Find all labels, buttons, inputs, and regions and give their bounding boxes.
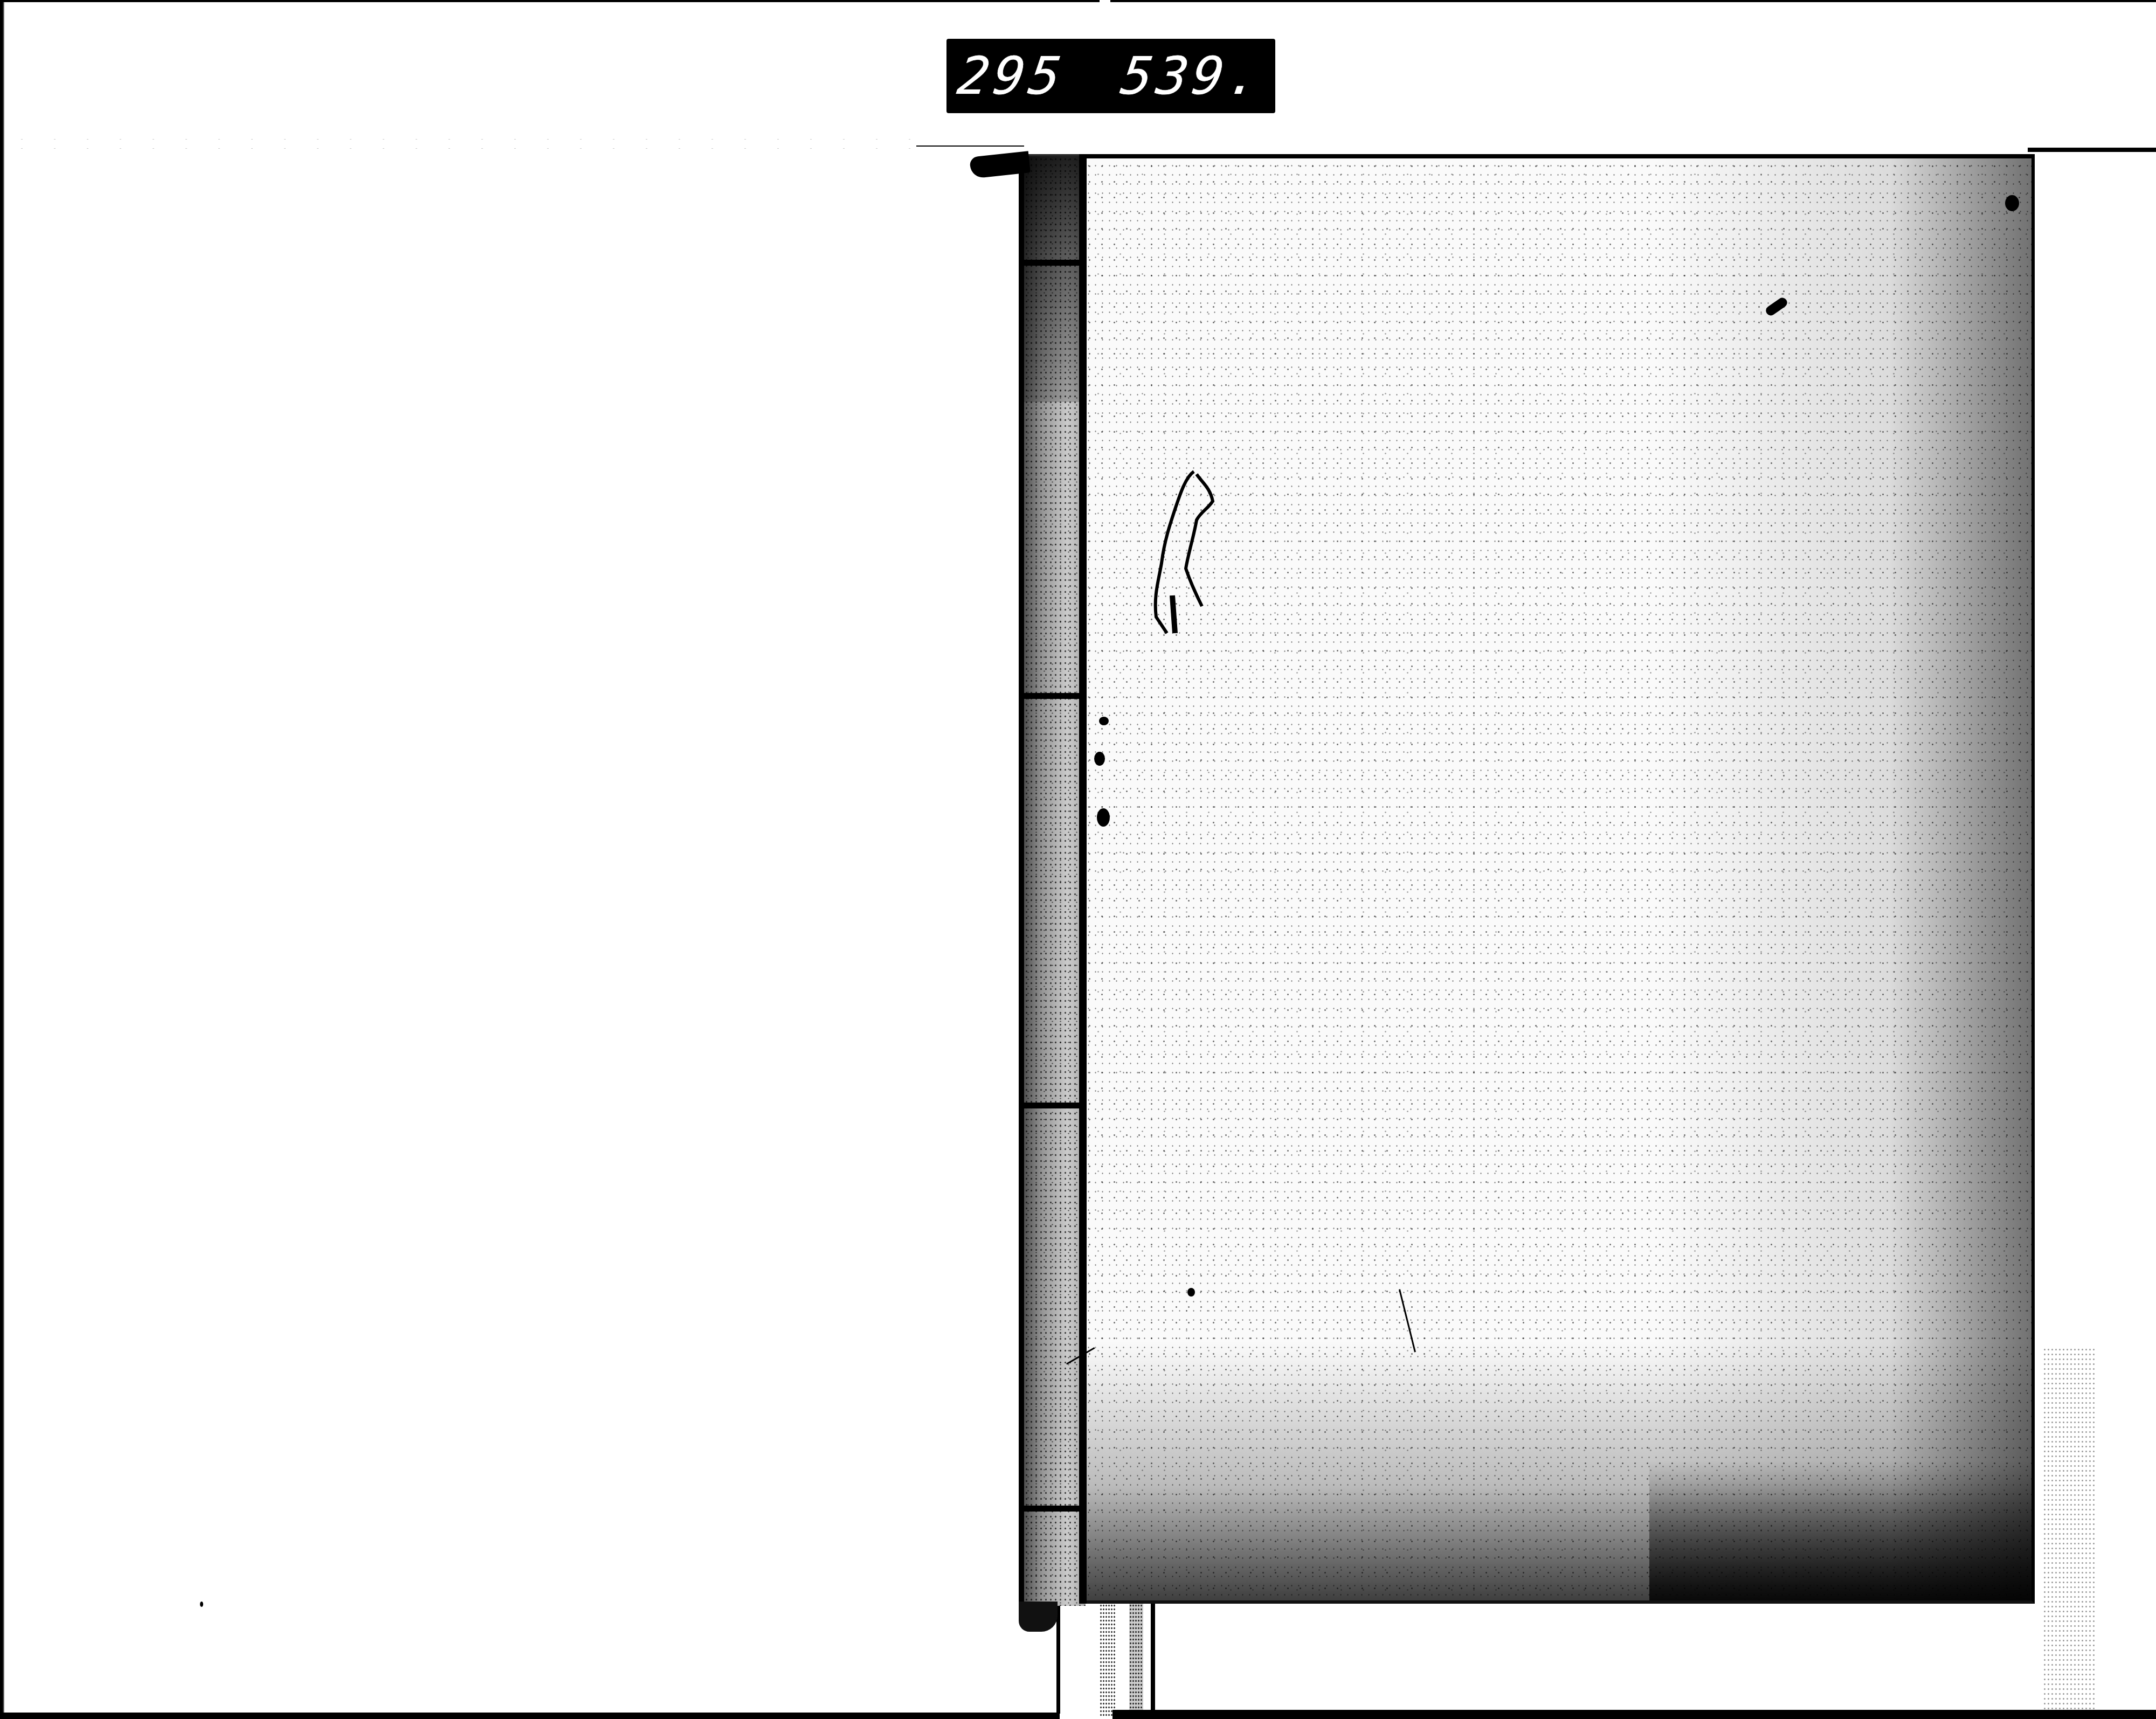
film-frame-border-top-left — [0, 0, 1100, 2]
scan-speckles — [5, 135, 922, 156]
frame-counter-left-number: 295 — [955, 50, 1068, 102]
spine-wear — [1019, 154, 1086, 402]
ink-spot — [200, 1602, 203, 1607]
ink-spot — [1094, 752, 1105, 766]
ink-spot — [2005, 195, 2019, 211]
frame-counter: 295 539. — [946, 39, 1275, 113]
film-frame-border-top-right — [1110, 0, 2156, 2]
film-frame-border-bottom-right — [1112, 1710, 2156, 1719]
page-edge-strip — [1129, 1604, 1143, 1717]
binding-tie — [1023, 260, 1083, 266]
microfilm-scan: 295 539. — [0, 0, 2156, 1719]
binding-tie — [1023, 693, 1083, 699]
film-frame-border-bottom-left — [0, 1713, 1060, 1719]
scan-speckles — [2043, 1347, 2097, 1714]
frame-divider-post — [1056, 1606, 1060, 1714]
frame-counter-right-number: 539. — [1118, 50, 1267, 102]
book — [1013, 154, 2032, 1609]
wormhole-damage-icon — [1143, 461, 1218, 639]
binding-stitch-line — [1079, 154, 1087, 1604]
ink-spot — [1097, 808, 1110, 827]
binding-tie — [1023, 1506, 1083, 1512]
cover-shadow — [1649, 1460, 2035, 1600]
frame-counter-right: 539. — [1122, 50, 1263, 102]
ink-spot — [1187, 1288, 1195, 1297]
ink-spot — [1099, 717, 1109, 725]
page-edge-strip — [1100, 1604, 1116, 1717]
film-frame-rule-right — [2028, 148, 2156, 152]
frame-counter-left: 295 — [958, 50, 1065, 102]
page-edge-strip — [1151, 1604, 1155, 1717]
thin-rule — [916, 145, 1024, 147]
spine-foot-damage — [1019, 1602, 1058, 1632]
binding-tie — [1023, 1103, 1083, 1108]
film-frame-border-left — [0, 0, 4, 1719]
book-cover — [1083, 154, 2035, 1604]
